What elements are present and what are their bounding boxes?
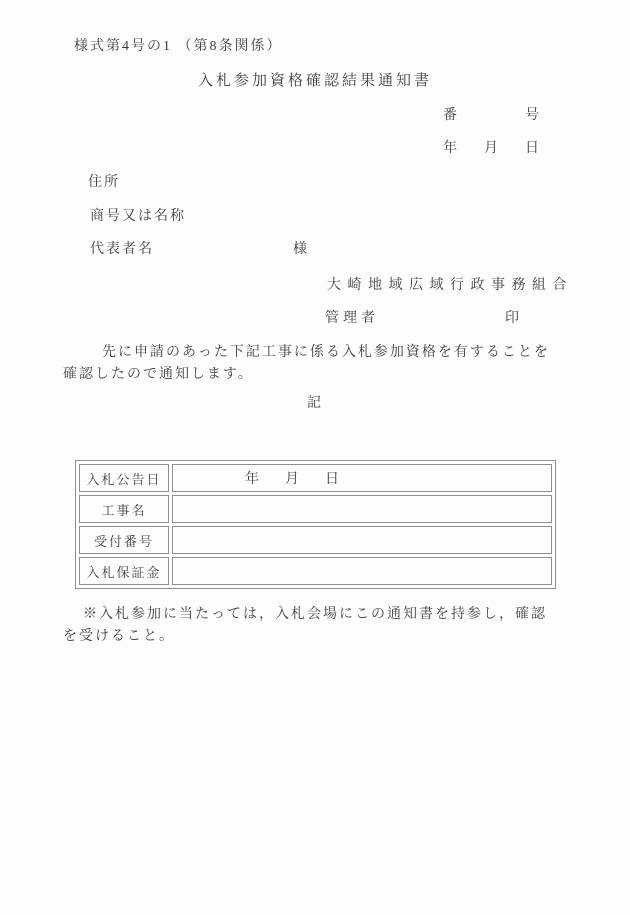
announcement-month-label: 月 — [285, 468, 301, 488]
administrator-label: 管理者 — [325, 307, 379, 327]
document-number-row: 番 号 — [443, 104, 541, 124]
year-label: 年 — [443, 137, 459, 157]
number-prefix-label: 番 — [443, 104, 459, 124]
document-page: 様式第4号の1 （第8条関係） 入札参加資格確認結果通知書 番 号 年 月 日 … — [0, 0, 630, 915]
table-row-announcement-date: 入札公告日 年 月 日 — [79, 464, 552, 492]
number-suffix-label: 号 — [525, 104, 541, 124]
form-number: 様式第4号の1 （第8条関係） — [74, 35, 283, 55]
details-table: 入札公告日 年 月 日 工事名 受付番号 入札保証金 — [75, 460, 556, 589]
table-row-bid-bond: 入札保証金 — [79, 557, 552, 585]
day-label: 日 — [525, 137, 541, 157]
issue-date-row: 年 月 日 — [443, 137, 541, 157]
announcement-year-label: 年 — [245, 468, 261, 488]
row-label-reception-number: 受付番号 — [79, 526, 169, 554]
record-marker: 記 — [0, 392, 630, 412]
month-label: 月 — [484, 137, 500, 157]
row-label-project-name: 工事名 — [79, 495, 169, 523]
representative-label: 代表者名 — [90, 238, 154, 258]
table-row-project-name: 工事名 — [79, 495, 552, 523]
row-label-announcement-date: 入札公告日 — [79, 464, 169, 492]
row-label-bid-bond: 入札保証金 — [79, 557, 169, 585]
address-label: 住所 — [88, 171, 120, 191]
announcement-day-label: 日 — [325, 468, 341, 488]
participation-note: ※入札参加に当たっては，入札会場にこの通知書を持参し，確認を受けること。 — [63, 604, 559, 648]
honorific-label: 様 — [293, 238, 309, 258]
issuer-organization: 大崎地域広域行政事務組合 — [327, 274, 573, 294]
document-title: 入札参加資格確認結果通知書 — [0, 69, 630, 90]
row-value-bid-bond — [172, 557, 552, 585]
table-row-reception-number: 受付番号 — [79, 526, 552, 554]
row-value-announcement-date: 年 月 日 — [172, 464, 552, 492]
notification-body: 先に申請のあった下記工事に係る入札参加資格を有することを確認したので通知します。 — [63, 342, 555, 386]
seal-placeholder: 印 — [505, 307, 521, 327]
row-value-reception-number — [172, 526, 552, 554]
row-value-project-name — [172, 495, 552, 523]
company-name-label: 商号又は名称 — [90, 205, 186, 225]
announcement-date-parts: 年 月 日 — [173, 468, 551, 488]
